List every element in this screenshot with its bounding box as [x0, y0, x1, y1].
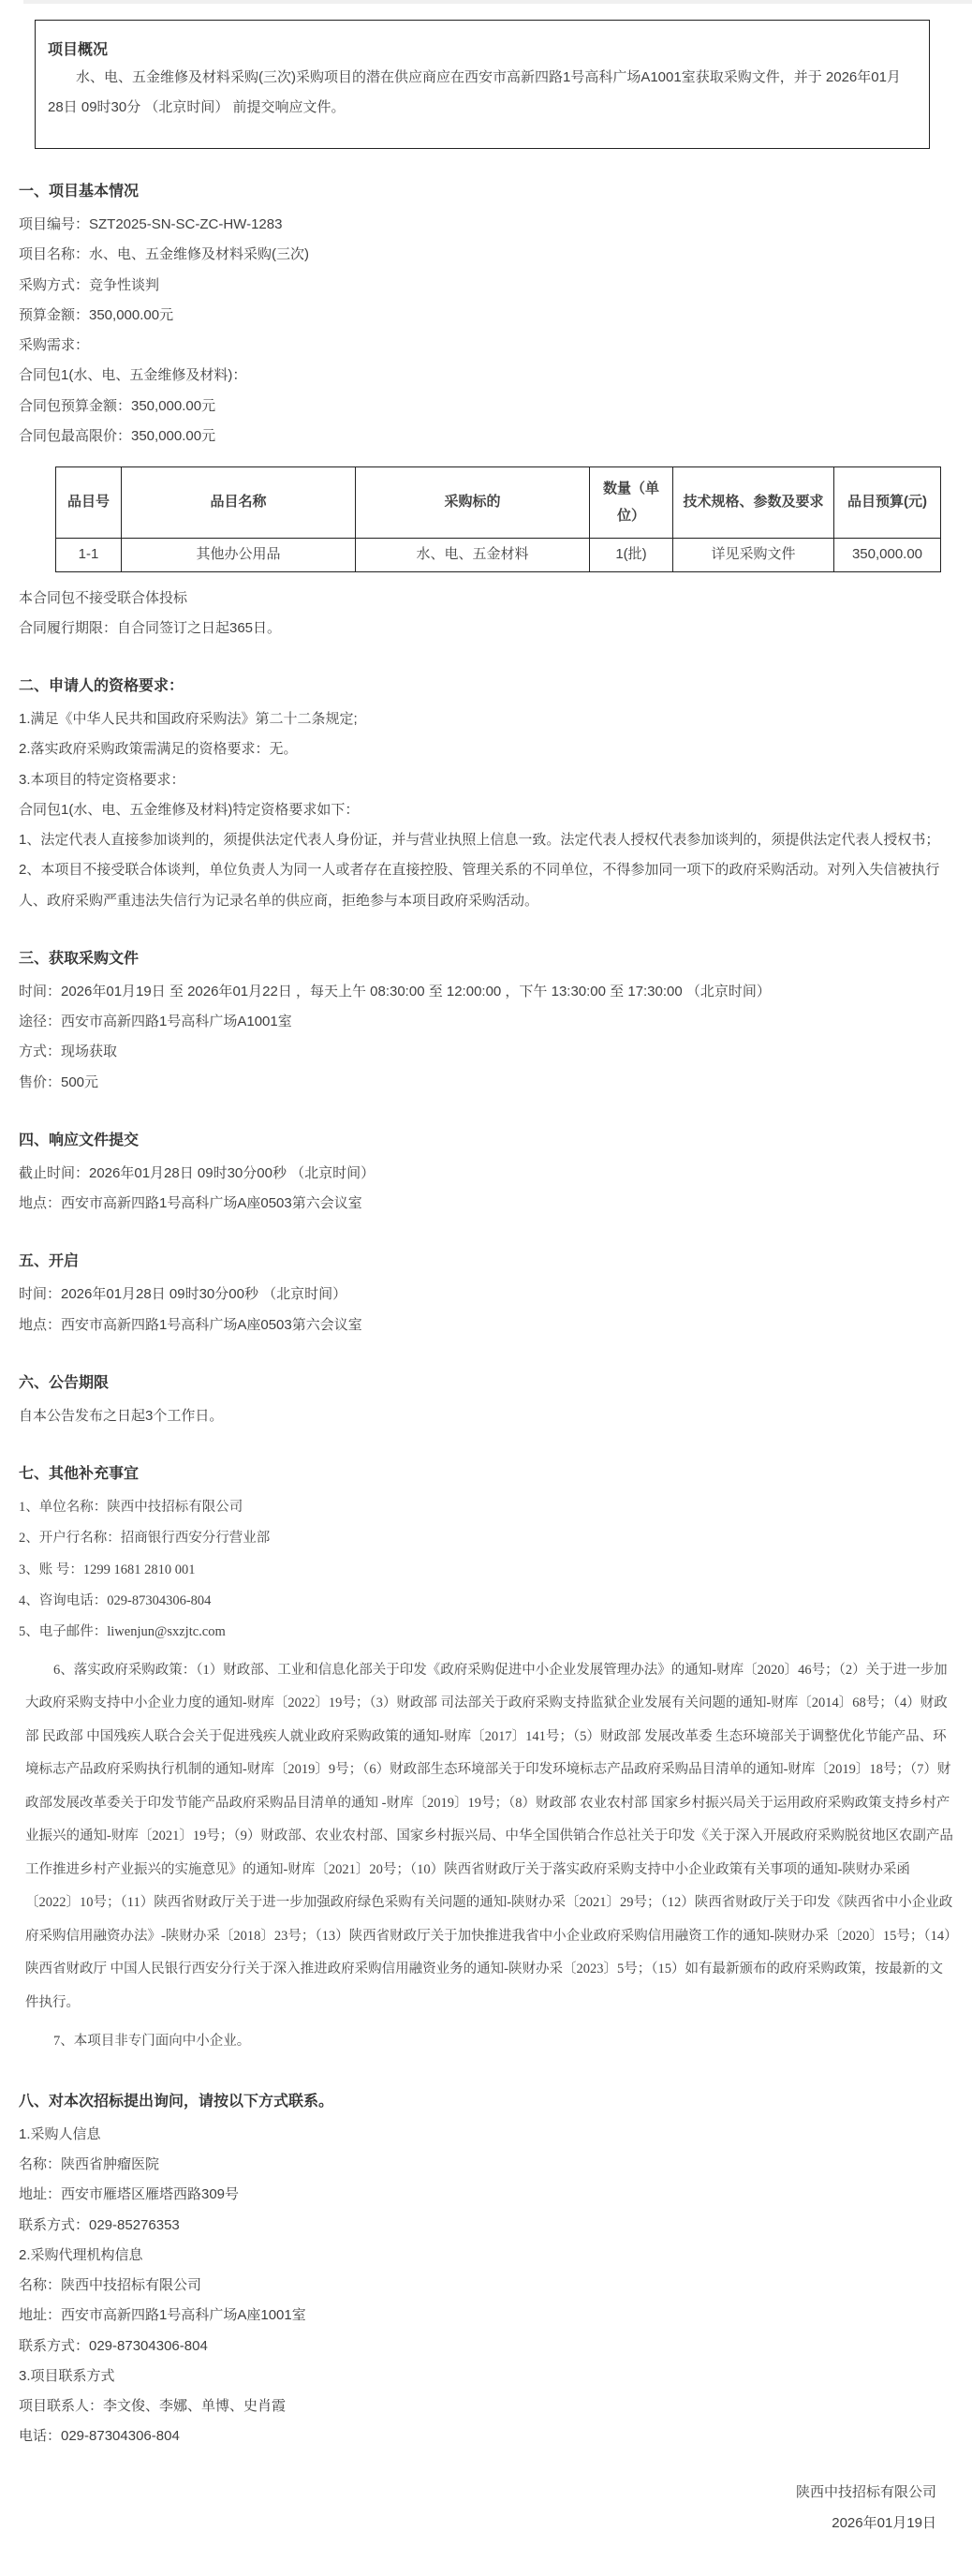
policy-paragraph: 6、落实政府采购政策：（1）财政部、工业和信息化部关于印发《政府采购促进中小企业…	[25, 1654, 953, 2021]
purchaser-name-line: 名称：陕西省肿瘤医院	[19, 2150, 953, 2180]
specific-qualification-1: 1、法定代表人直接参加谈判的，须提供法定代表人身份证，并与营业执照上信息一致。法…	[19, 825, 953, 855]
agency-name-line: 1、单位名称：陕西中技招标有限公司	[19, 1492, 953, 1523]
announcement-document: 项目概况 水、电、五金维修及材料采购(三次)采购项目的潜在供应商应在西安市高新四…	[0, 20, 972, 2576]
section6-heading: 六、公告期限	[19, 1370, 953, 1392]
table-row: 1-1 其他办公用品 水、电、五金材料 1(批) 详见采购文件 350,000.…	[56, 539, 941, 572]
specific-qualification-title: 合同包1(水、电、五金维修及材料)特定资格要求如下：	[19, 795, 953, 825]
signature-block: 陕西中技招标有限公司 2026年01月19日	[19, 2477, 953, 2539]
col-header-item-name: 品目名称	[122, 467, 356, 539]
no-consortium-note: 本合同包不接受联合体投标	[19, 584, 953, 614]
contract-package-budget: 合同包预算金额：350,000.00元	[19, 392, 953, 422]
email-line: 5、电子邮件：liwenjun@sxzjtc.com	[19, 1617, 953, 1648]
signature-company: 陕西中技招标有限公司	[19, 2477, 936, 2508]
cell-item-budget: 350,000.00	[834, 539, 941, 572]
items-table: 品目号 品目名称 采购标的 数量（单位） 技术规格、参数及要求 品目预算(元) …	[55, 466, 941, 572]
agency-info-title: 2.采购代理机构信息	[19, 2241, 953, 2271]
qualification-item-3: 3.本项目的特定资格要求：	[19, 765, 953, 795]
qualification-item-1: 1.满足《中华人民共和国政府采购法》第二十二条规定;	[19, 704, 953, 734]
budget-amount-line: 预算金额：350,000.00元	[19, 301, 953, 331]
overview-body: 水、电、五金维修及材料采购(三次)采购项目的潜在供应商应在西安市高新四路1号高科…	[48, 63, 905, 122]
specific-qualification-2: 2、本项目不接受联合体谈判，单位负责人为同一人或者存在直接控股、管理关系的不同单…	[19, 855, 953, 916]
agency-name-line-2: 名称：陕西中技招标有限公司	[19, 2271, 953, 2301]
consult-phone-line: 4、咨询电话：029-87304306-804	[19, 1586, 953, 1617]
cell-quantity-unit: 1(批)	[590, 539, 673, 572]
submission-deadline-line: 截止时间：2026年01月28日 09时30分00秒 （北京时间）	[19, 1159, 953, 1189]
cell-item-name: 其他办公用品	[122, 539, 356, 572]
agency-contact-line: 联系方式：029-87304306-804	[19, 2332, 953, 2361]
procurement-method-line: 采购方式：竞争性谈判	[19, 271, 953, 301]
opening-place-line: 地点：西安市高新四路1号高科广场A座0503第六会议室	[19, 1310, 953, 1340]
procurement-demand-label: 采购需求：	[19, 331, 953, 361]
contract-package-max-price: 合同包最高限价：350,000.00元	[19, 422, 953, 452]
project-contact-persons-line: 项目联系人：李文俊、李娜、单博、史肖霞	[19, 2391, 953, 2421]
col-header-tech-spec: 技术规格、参数及要求	[673, 467, 834, 539]
bank-account-line: 3、账 号：1299 1681 2810 001	[19, 1555, 953, 1586]
opening-time-line: 时间：2026年01月28日 09时30分00秒 （北京时间）	[19, 1280, 953, 1310]
project-number-line: 项目编号：SZT2025-SN-SC-ZC-HW-1283	[19, 210, 953, 240]
overview-title: 项目概况	[48, 37, 905, 59]
purchaser-contact-line: 联系方式：029-85276353	[19, 2211, 953, 2241]
section7-heading: 七、其他补充事宜	[19, 1461, 953, 1483]
col-header-item-budget: 品目预算(元)	[834, 467, 941, 539]
purchaser-info-title: 1.采购人信息	[19, 2120, 953, 2150]
project-overview-box: 项目概况 水、电、五金维修及材料采购(三次)采购项目的潜在供应商应在西安市高新四…	[35, 20, 930, 149]
qualification-item-2: 2.落实政府采购政策需满足的资格要求：无。	[19, 734, 953, 764]
items-table-header-row: 品目号 品目名称 采购标的 数量（单位） 技术规格、参数及要求 品目预算(元)	[56, 467, 941, 539]
section8-heading: 八、对本次招标提出询问，请按以下方式联系。	[19, 2089, 953, 2110]
submission-place-line: 地点：西安市高新四路1号高科广场A座0503第六会议室	[19, 1189, 953, 1219]
smes-note-line: 7、本项目非专门面向中小企业。	[25, 2025, 953, 2059]
cell-procurement-target: 水、电、五金材料	[356, 539, 590, 572]
cell-tech-spec: 详见采购文件	[673, 539, 834, 572]
contract-package-title: 合同包1(水、电、五金维修及材料)：	[19, 361, 953, 391]
project-contact-phone-line: 电话：029-87304306-804	[19, 2421, 953, 2451]
project-name-line: 项目名称：水、电、五金维修及材料采购(三次)	[19, 240, 953, 270]
col-header-quantity-unit: 数量（单位）	[590, 467, 673, 539]
col-header-item-no: 品目号	[56, 467, 122, 539]
section4-heading: 四、响应文件提交	[19, 1128, 953, 1149]
project-contact-title: 3.项目联系方式	[19, 2361, 953, 2391]
doc-acquire-place-line: 途径：西安市高新四路1号高科广场A1001室	[19, 1007, 953, 1037]
agency-address-line: 地址：西安市高新四路1号高科广场A座1001室	[19, 2301, 953, 2331]
bank-name-line: 2、开户行名称：招商银行西安分行营业部	[19, 1523, 953, 1554]
section1-heading: 一、项目基本情况	[19, 179, 953, 200]
section2-heading: 二、申请人的资格要求：	[19, 674, 953, 695]
cell-item-no: 1-1	[56, 539, 122, 572]
section5-heading: 五、开启	[19, 1249, 953, 1270]
announcement-period-line: 自本公告发布之日起3个工作日。	[19, 1401, 953, 1431]
section3-heading: 三、获取采购文件	[19, 946, 953, 968]
doc-acquire-method-line: 方式：现场获取	[19, 1037, 953, 1067]
contract-duration-note: 合同履行期限：自合同签订之日起365日。	[19, 614, 953, 644]
col-header-procurement-target: 采购标的	[356, 467, 590, 539]
purchaser-address-line: 地址：西安市雁塔区雁塔西路309号	[19, 2180, 953, 2210]
signature-date: 2026年01月19日	[19, 2508, 936, 2539]
doc-price-line: 售价：500元	[19, 1068, 953, 1098]
doc-acquire-time-line: 时间：2026年01月19日 至 2026年01月22日 ，每天上午 08:30…	[19, 977, 953, 1007]
top-divider-strip	[23, 0, 972, 4]
